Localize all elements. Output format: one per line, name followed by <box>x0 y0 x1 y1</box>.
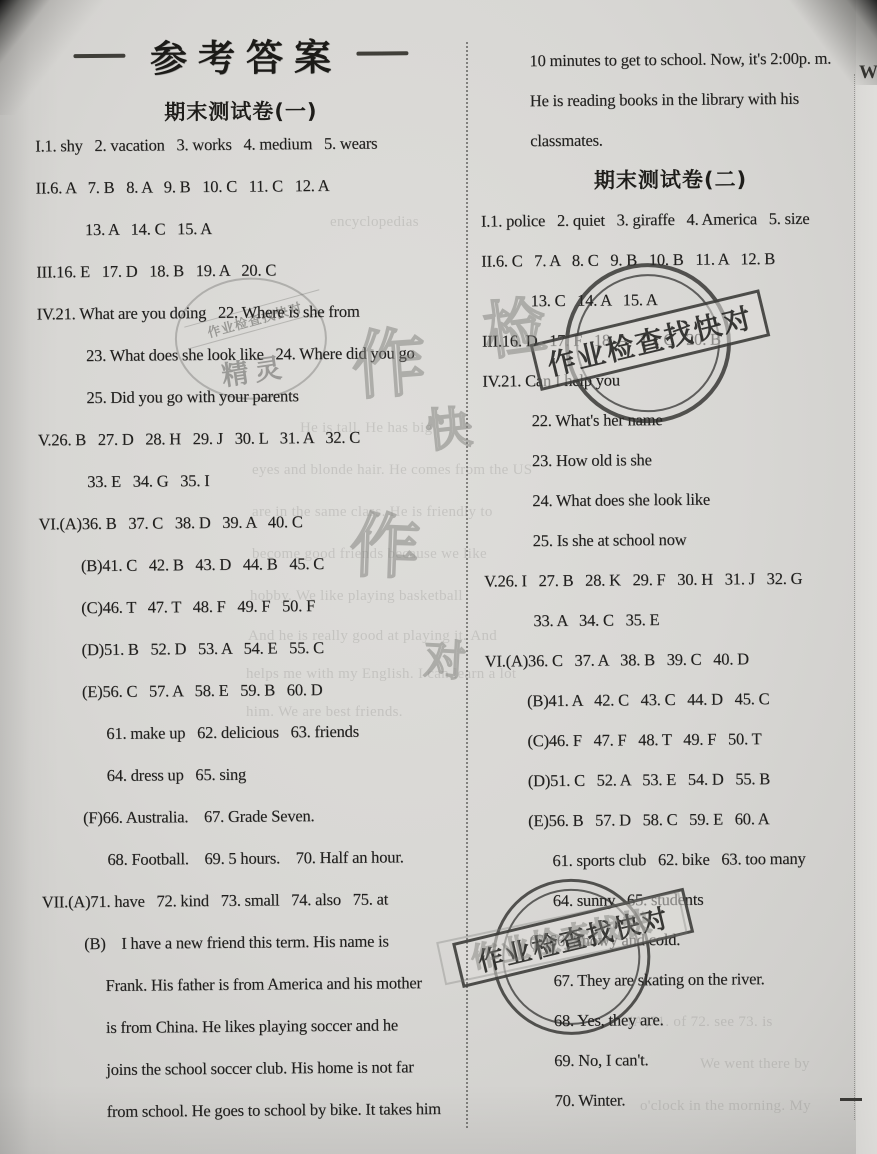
answer-line: V.26. I 27. B 28. K 29. F 30. H 31. J 32… <box>484 558 864 601</box>
corner-shadow-top-right <box>747 0 877 85</box>
scanned-answer-page: encyclopedias He is tall. He has big eye… <box>0 0 877 1154</box>
answer-line: VII.(A)71. have 72. kind 73. small 74. a… <box>42 878 458 924</box>
bleed-fragment: hobby. We like playing basketball <box>250 588 463 605</box>
bleed-fragment: eyes and blonde hair. He comes from the … <box>252 462 532 479</box>
title-dash-right <box>356 52 408 56</box>
outline-watermark-char: 对 <box>423 639 467 683</box>
bottom-edge-mark <box>840 1098 862 1101</box>
answer-line: joins the school soccer club. His home i… <box>43 1046 459 1092</box>
answer-line: (B) I have a new friend this term. His n… <box>42 920 458 966</box>
carryover-line: classmates. <box>480 118 860 161</box>
section-title-right: 期末测试卷(二) <box>480 158 860 201</box>
page-title: 参考答案 <box>139 27 342 83</box>
corner-shadow-top-left <box>0 0 140 115</box>
answer-line: 25. Is she at school now <box>484 518 864 561</box>
answer-line: 24. What does she look like <box>483 478 863 521</box>
answer-line: 69. No, I can't. <box>488 1038 868 1081</box>
answer-line: I.1. police 2. quiet 3. giraffe 4. Ameri… <box>481 198 861 241</box>
bleed-fragment: him. We are best friends. <box>246 704 403 721</box>
answer-line: 64. dress up 65. sing <box>41 752 457 798</box>
outline-watermark-char: 快 <box>424 404 475 455</box>
bleed-fragment: helps me with my English. I can learn a … <box>246 666 516 683</box>
page-edge-divider <box>854 74 855 1120</box>
answer-line: 23. How old is she <box>483 438 863 481</box>
answer-line: from school. He goes to school by bike. … <box>43 1088 459 1134</box>
bleed-fragment: He is tall. He has big <box>300 420 432 437</box>
answer-line: (D)51. C 52. A 53. E 54. D 55. B <box>486 758 866 801</box>
answer-line: 68. Football. 69. 5 hours. 70. Half an h… <box>41 836 457 882</box>
answer-line: Frank. His father is from America and hi… <box>42 962 458 1008</box>
bleed-fragment: o'clock in the morning. My <box>640 1098 811 1115</box>
outline-watermark-char: 检 <box>480 294 550 364</box>
answer-line: (F)66. Australia. 67. Grade Seven. <box>41 794 457 840</box>
answer-line: VI.(A)36. C 37. A 38. B 39. C 40. D <box>485 638 865 681</box>
answer-line: II.6. A 7. B 8. A 9. B 10. C 11. C 12. A <box>35 164 451 210</box>
bleed-fragment: We went there by <box>700 1056 810 1073</box>
answer-line: I.1. shy 2. vacation 3. works 4. medium … <box>35 122 451 168</box>
answer-line: (B)41. A 42. C 43. C 44. D 45. C <box>485 678 865 721</box>
answer-line: is from China. He likes playing soccer a… <box>43 1004 459 1050</box>
answer-line: 33. A 34. C 35. E <box>484 598 864 641</box>
answer-line: 61. sports club 62. bike 63. too many <box>486 838 866 881</box>
answer-line: (E)56. B 57. D 58. C 59. E 60. A <box>486 798 866 841</box>
outline-watermark-char: 作 <box>350 326 429 405</box>
answer-line: (C)46. F 47. F 48. T 49. F 50. T <box>485 718 865 761</box>
bleed-fragment: (A)71. of 72. see 73. is <box>628 1014 773 1031</box>
outline-watermark-char: 作 <box>349 511 421 583</box>
answer-line: III.16. E 17. D 18. B 19. A 20. C <box>36 248 452 294</box>
bleed-fragment: encyclopedias <box>330 214 419 231</box>
